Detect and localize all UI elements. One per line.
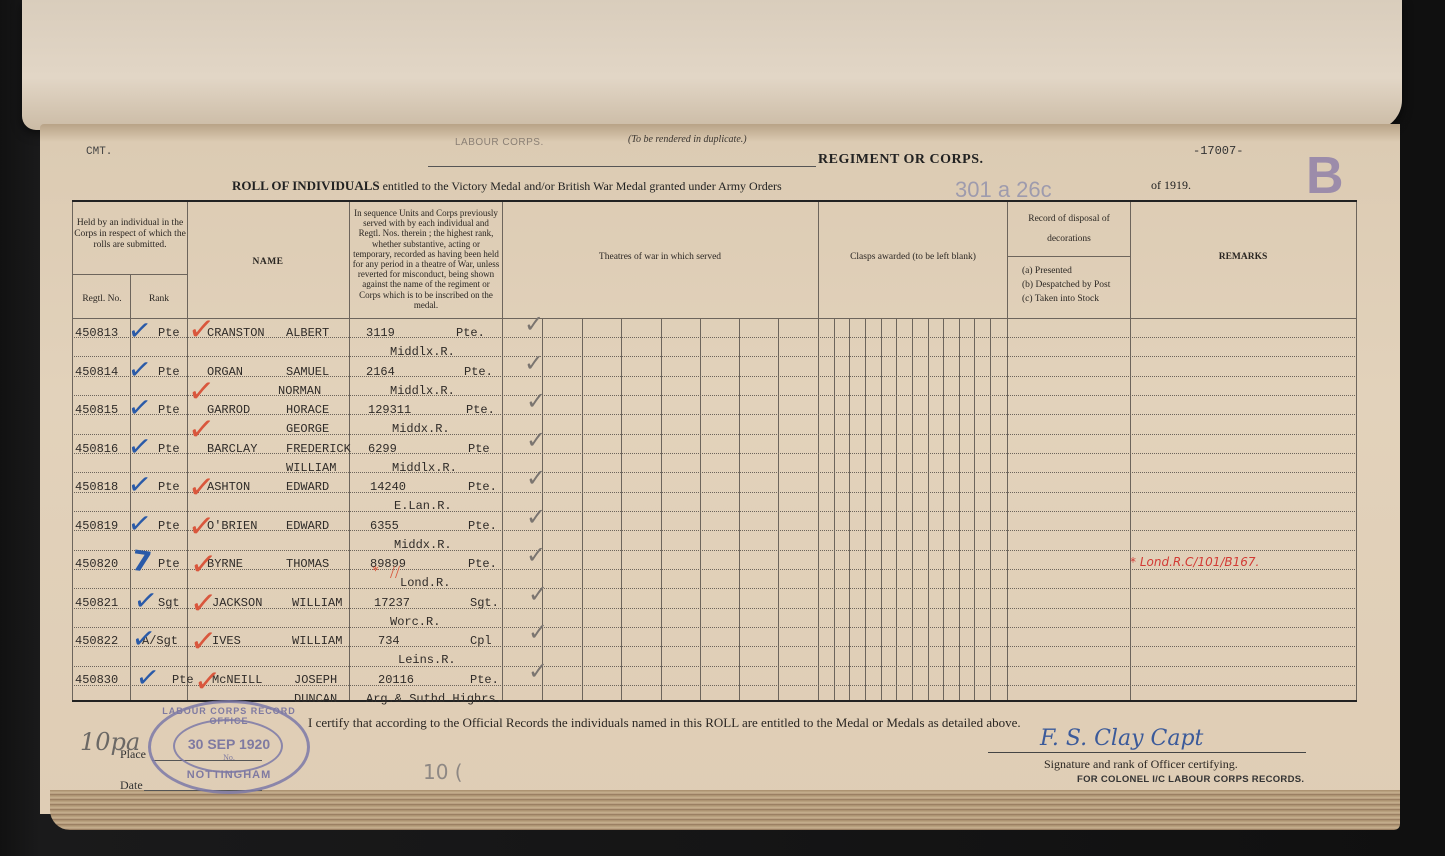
year-label: of 1919.: [1151, 178, 1191, 193]
clasps-header: Clasps awarded (to be left blank): [820, 252, 1006, 263]
remark-byrne: * Lond.R.C/101/B167.: [1130, 555, 1259, 569]
rank: Pte: [158, 403, 180, 417]
prev-rank: Sgt.: [470, 596, 499, 610]
rank-header: Rank: [131, 294, 187, 305]
disposal-header-1: Record of disposal of: [1009, 214, 1129, 225]
red-tick-icon: ✓: [186, 371, 216, 411]
duplicate-note: (To be rendered in duplicate.): [628, 134, 747, 145]
rank: Pte: [172, 673, 194, 687]
place-label: Place: [120, 747, 146, 762]
office-code: CMT.: [86, 146, 112, 158]
regtl-no-header: Regtl. No.: [74, 294, 130, 305]
prev-regtl-no: 129311: [368, 403, 411, 417]
pencil-note-mid: 10 (: [423, 760, 463, 784]
red-tick-icon: ✓: [186, 309, 216, 349]
header-separator: [72, 318, 1357, 319]
red-tick-icon: ✓: [186, 467, 216, 507]
roll-title: ROLL OF INDIVIDUALS entitled to the Vict…: [232, 178, 782, 194]
rank: Pte: [158, 480, 180, 494]
forename-2: WILLIAM: [286, 461, 336, 475]
blue-tick-icon: ✓: [132, 583, 160, 619]
regtl-no: 450819: [75, 519, 118, 533]
officer-signature: F. S. Clay Capt: [1040, 726, 1203, 751]
surname: JACKSON: [212, 596, 262, 610]
regiment-line: [428, 166, 816, 167]
red-tick-icon: ✓: [188, 544, 218, 584]
prev-regtl-no: 14240: [370, 480, 406, 494]
pencil-tick-icon: ✓: [526, 464, 546, 492]
red-tick-icon: ✓: [186, 409, 216, 449]
regtl-no: 450816: [75, 442, 118, 456]
rank: Pte: [158, 442, 180, 456]
name-header: NAME: [188, 257, 348, 268]
rank: Pte: [158, 326, 180, 340]
remarks-header: REMARKS: [1132, 252, 1354, 263]
pencil-tick-icon: ✓: [528, 657, 548, 685]
blue-tick-icon: ✓: [134, 660, 162, 696]
blue-tick-icon: ✓: [126, 467, 154, 503]
roll-title-rest: entitled to the Victory Medal and/or Bri…: [383, 179, 782, 193]
prev-unit: Arg.& Suthd Highrs.: [366, 692, 503, 706]
rank: Pte: [158, 557, 180, 571]
prev-rank: Pte.: [466, 403, 495, 417]
disposal-b: (b) Despatched by Post: [1022, 280, 1110, 291]
prev-rank: Pte.: [468, 557, 497, 571]
prev-regtl-no: 6299: [368, 442, 397, 456]
prev-regtl-no: 2164: [366, 365, 395, 379]
blue-tick-icon: ✓: [126, 352, 154, 388]
prev-unit: Middlx.R.: [390, 345, 455, 359]
forename-2: GEORGE: [286, 422, 329, 436]
pencil-tick-icon: ✓: [524, 349, 544, 377]
prev-unit: Worc.R.: [390, 615, 440, 629]
medal-roll-table: Held by an individual in the Corps in re…: [72, 200, 1357, 702]
blue-tick-icon: ✓: [126, 390, 154, 426]
regtl-no: 450820: [75, 557, 118, 571]
regtl-no: 450815: [75, 403, 118, 417]
prev-rank: Pte: [468, 442, 490, 456]
rank: Pte: [158, 519, 180, 533]
blue-tick-icon: ✓: [126, 506, 154, 542]
prev-regtl-no: 734: [378, 634, 400, 648]
red-strike-icon: //: [390, 562, 400, 583]
roll-title-bold: ROLL OF INDIVIDUALS: [232, 178, 380, 193]
red-tick-icon: ✓: [188, 621, 218, 661]
prev-unit: Middx.R.: [392, 422, 450, 436]
prev-unit: E.Lan.R.: [394, 499, 452, 513]
red-tick-icon: ✓: [186, 506, 216, 546]
prev-rank: Pte.: [468, 480, 497, 494]
disposal-header-2: decorations: [1009, 234, 1129, 245]
regtl-no: 450822: [75, 634, 118, 648]
theatres-header: Theatres of war in which served: [504, 252, 816, 263]
forename: WILLIAM: [292, 596, 342, 610]
forename: EDWARD: [286, 480, 329, 494]
regtl-no: 450813: [75, 326, 118, 340]
previous-page: [22, 0, 1402, 130]
disposal-c: (c) Taken into Stock: [1022, 294, 1099, 305]
forename: JOSEPH: [294, 673, 337, 687]
regtl-no: 450814: [75, 365, 118, 379]
prev-unit: Middlx.R.: [390, 384, 455, 398]
forename-2: NORMAN: [278, 384, 321, 398]
pencil-tick-icon: ✓: [524, 310, 544, 338]
form-number: -17007-: [1193, 144, 1243, 158]
forename: HORACE: [286, 403, 329, 417]
stamp-letter-b: B: [1306, 146, 1344, 206]
prev-regtl-no: 3119: [366, 326, 395, 340]
ledger-book: CMT. LABOUR CORPS. (To be rendered in du…: [0, 0, 1445, 856]
stamp-date: 30 SEP 1920: [151, 736, 307, 752]
forename: ALBERT: [286, 326, 329, 340]
held-by-header: Held by an individual in the Corps in re…: [74, 218, 186, 251]
prev-unit: Lond.R.: [400, 576, 450, 590]
forename: EDWARD: [286, 519, 329, 533]
certification-text: I certify that according to the Official…: [308, 715, 1021, 731]
pencil-tick-icon: ✓: [526, 541, 546, 569]
units-header: In sequence Units and Corps previously s…: [352, 208, 500, 310]
red-asterisk-icon: *: [372, 564, 379, 580]
forename: THOMAS: [286, 557, 329, 571]
date-label: Date: [120, 778, 143, 793]
blue-tick-icon: ✓: [126, 313, 154, 349]
prev-regtl-no: 17237: [374, 596, 410, 610]
pencil-tick-icon: ✓: [526, 503, 546, 531]
prev-unit: Middlx.R.: [392, 461, 457, 475]
rank: Pte: [158, 365, 180, 379]
blue-tick-icon: ✓: [130, 621, 158, 657]
blue-tick-icon: 7: [130, 544, 154, 579]
forename: FREDERICK: [286, 442, 351, 456]
labour-corps-stamp: LABOUR CORPS.: [455, 137, 544, 148]
prev-rank: Pte.: [456, 326, 485, 340]
rank: Sgt: [158, 596, 180, 610]
pencil-tick-icon: ✓: [528, 580, 548, 608]
disposal-a: (a) Presented: [1022, 266, 1072, 277]
prev-rank: Pte.: [470, 673, 499, 687]
page-edges: [50, 790, 1400, 830]
stamp-bottom-text: NOTTINGHAM: [151, 769, 307, 781]
pencil-tick-icon: ✓: [526, 387, 546, 415]
regiment-label: REGIMENT OR CORPS.: [818, 152, 983, 168]
regtl-no: 450818: [75, 480, 118, 494]
prev-regtl-no: 6355: [370, 519, 399, 533]
stamp-no: No.: [151, 753, 307, 762]
regtl-no: 450830: [75, 673, 118, 687]
prev-unit: Middx.R.: [394, 538, 452, 552]
prev-rank: Pte.: [468, 519, 497, 533]
pencil-tick-icon: ✓: [528, 618, 548, 646]
forename: WILLIAM: [292, 634, 342, 648]
forename-2: DUNCAN: [294, 692, 337, 706]
signature-line: [988, 752, 1306, 753]
prev-regtl-no: 20116: [378, 673, 414, 687]
red-tick-icon: ✓: [192, 661, 222, 701]
red-tick-icon: ✓: [188, 583, 218, 623]
surname: CRANSTON: [207, 326, 265, 340]
signature-stamp: FOR COLONEL I/C LABOUR CORPS RECORDS.: [1077, 774, 1304, 785]
prev-unit: Leins.R.: [398, 653, 456, 667]
prev-rank: Cpl: [470, 634, 492, 648]
surname: BARCLAY: [207, 442, 257, 456]
blue-tick-icon: ✓: [126, 429, 154, 465]
record-office-stamp: LABOUR CORPS RECORD OFFICE 30 SEP 1920 N…: [148, 700, 310, 794]
regtl-no: 450821: [75, 596, 118, 610]
pencil-tick-icon: ✓: [526, 426, 546, 454]
prev-rank: Pte.: [464, 365, 493, 379]
signature-caption: Signature and rank of Officer certifying…: [1044, 757, 1238, 772]
forename: SAMUEL: [286, 365, 329, 379]
stamp-top-text: LABOUR CORPS RECORD OFFICE: [151, 706, 307, 726]
